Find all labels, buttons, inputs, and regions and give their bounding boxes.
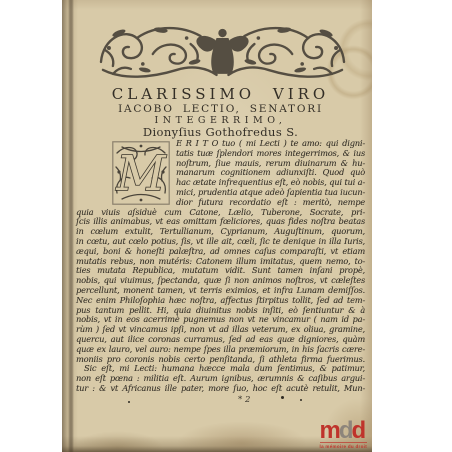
signature-mark: * 2	[238, 395, 250, 405]
closing-paragraph: Sic eſt, mi Lecti: humana hæcce mala dum…	[76, 364, 365, 393]
full-width-lines: quia viuis aſsiduè cum Catone, Lælio, Tu…	[76, 208, 365, 365]
ink-speck	[300, 399, 302, 401]
angel-figure-icon	[196, 29, 248, 74]
logo-letter-d1: d	[339, 417, 352, 444]
drop-cap-letter: M	[115, 146, 167, 202]
dedication-title-line1: CLARISSIMO VIRO	[76, 87, 365, 101]
logo-letter-d2: d	[352, 417, 365, 444]
body-text: M E R I T O tuo ( mi Lecti ) te amo: qui…	[76, 139, 365, 394]
logo-letter-m: m	[320, 417, 339, 444]
logo-tagline: la mémoire du droit	[320, 442, 367, 449]
text-line: tur : & vt Africanus ille pater, more ſu…	[76, 384, 365, 394]
screenshot-canvas: CLARISSIMO VIRO IACOBO LECTIO, SENATORI …	[0, 0, 452, 452]
drop-cap-initial-m-icon: M	[112, 141, 170, 205]
book-page-scan: CLARISSIMO VIRO IACOBO LECTIO, SENATORI …	[62, 0, 372, 452]
ink-speck	[128, 401, 130, 403]
dedication-title-line2: IACOBO LECTIO, SENATORI	[76, 104, 365, 115]
mdd-logo: mdd	[320, 420, 367, 441]
mdd-bookseller-watermark: mdd la mémoire du droit	[320, 420, 367, 449]
ink-speck	[281, 396, 284, 399]
headpiece-ornament-icon	[95, 20, 350, 84]
